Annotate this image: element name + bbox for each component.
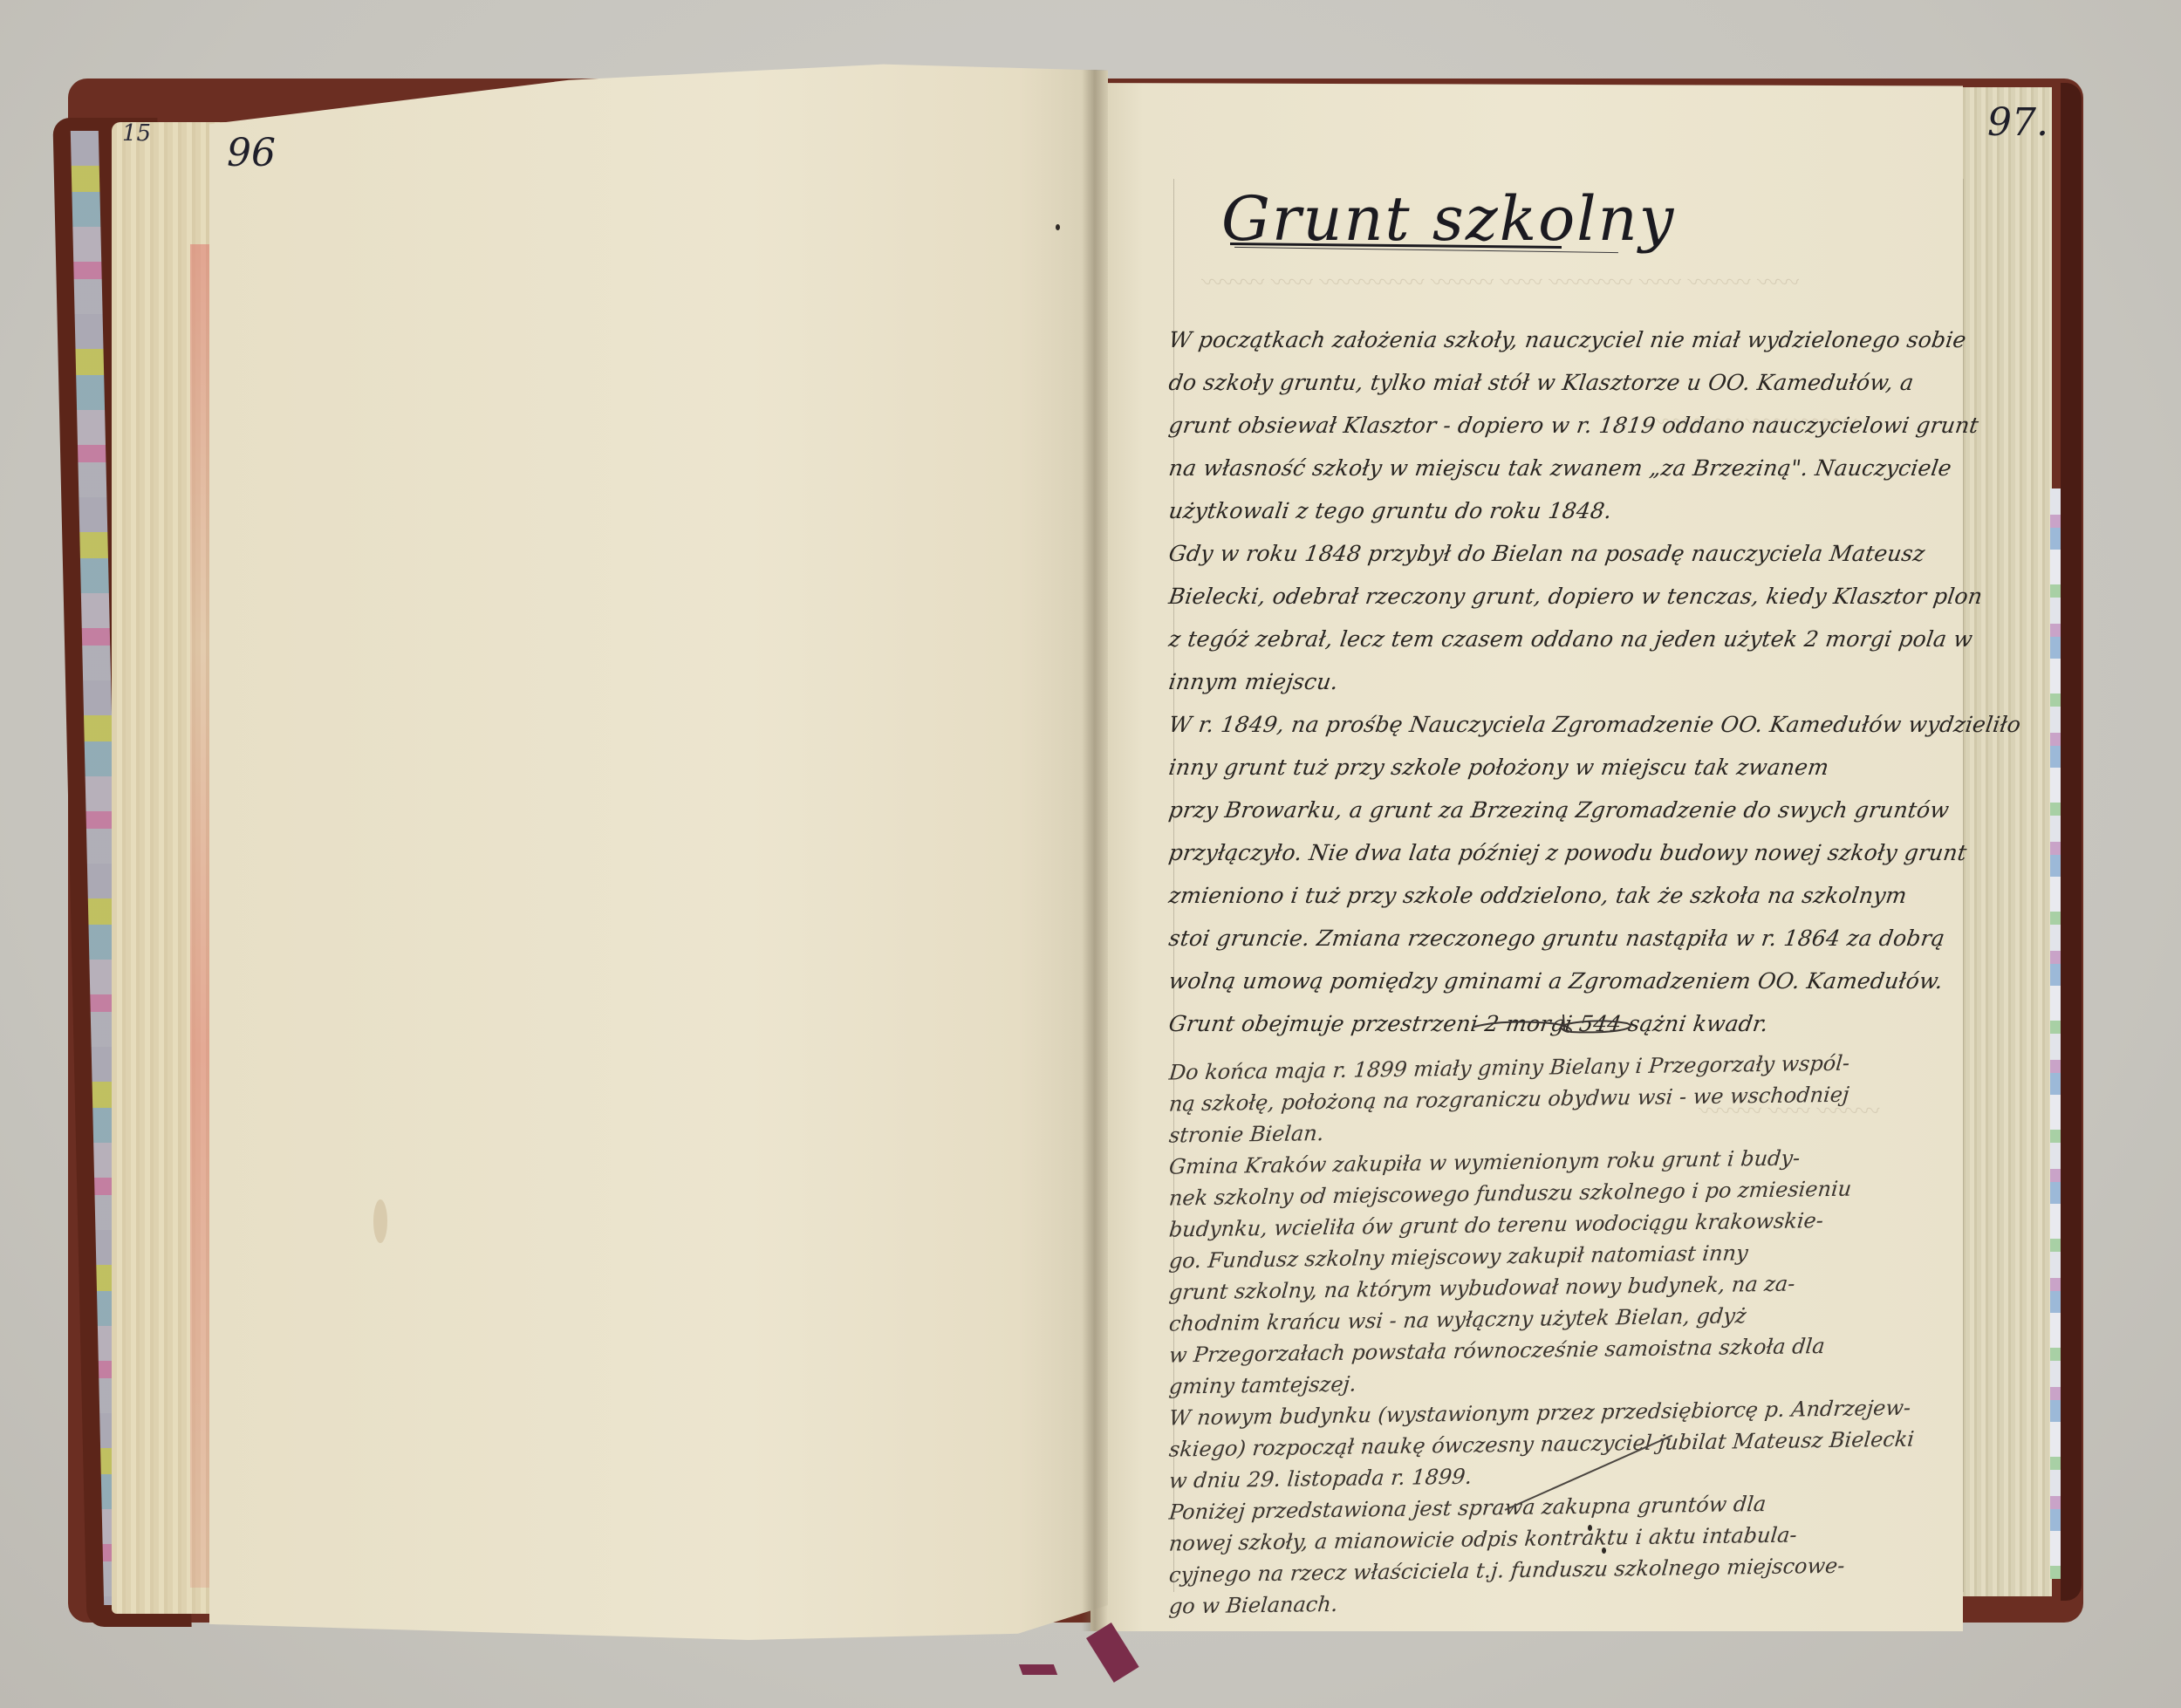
text-line: innym miejscu. [1166, 660, 1975, 703]
ink-dot [1588, 1525, 1592, 1531]
bookmark-ribbon[interactable] [1019, 1664, 1057, 1675]
text-line: przy Browarku, a grunt za Brzeziną Zgrom… [1166, 789, 1975, 831]
text-line: wolną umową pomiędzy gminami a Zgromadze… [1166, 960, 1975, 1002]
book-cover-right-edge [2061, 83, 2082, 1601]
text-line: użytkowali z tego gruntu do roku 1848. [1166, 489, 1975, 532]
text-line: Gdy w roku 1848 przybył do Bielan na pos… [1166, 532, 1975, 575]
text-line: do szkoły gruntu, tylko miał stół w Klas… [1166, 361, 1975, 404]
paper-stain [373, 1199, 387, 1243]
paragraph-1: W początkach założenia szkoły, nauczycie… [1169, 318, 1972, 1045]
paragraph-2: Do końca maja r. 1899 miały gminy Bielan… [1169, 1051, 1989, 1616]
text-line: przyłączyło. Nie dwa lata później z powo… [1166, 831, 1975, 874]
text-line: W początkach założenia szkoły, nauczycie… [1166, 318, 1975, 361]
ink-dot [1602, 1547, 1606, 1554]
text-line: grunt obsiewał Klasztor - dopiero w r. 1… [1166, 404, 1975, 447]
text-line: zmieniono i tuż przy szkole oddzielono, … [1166, 874, 1975, 917]
text-line: inny grunt tuż przy szkole położony w mi… [1166, 746, 1975, 789]
page-number-left: 96 [227, 131, 276, 175]
text-line: stoi gruncie. Zmiana rzeczonego gruntu n… [1166, 917, 1975, 960]
flourish-divider-icon [1466, 1008, 1640, 1042]
corner-mark: 15 [122, 120, 151, 147]
text-line: W r. 1849, na prośbę Nauczyciela Zgromad… [1166, 703, 1975, 746]
bleed-through-text: 〰〰 〰〰〰 〰〰 〰〰〰〰 〰〰 〰〰〰 〰〰〰〰〰 〰〰 〰〰〰 [1204, 262, 1802, 304]
text-line: z tegóż zebrał, lecz tem czasem oddano n… [1166, 618, 1975, 660]
text-line: na własność szkoły w miejscu tak zwanem … [1166, 447, 1975, 489]
book-gutter [1082, 70, 1108, 1631]
page-number-right: 97. [1987, 100, 2048, 145]
left-page [209, 61, 1108, 1640]
ink-speck [1056, 224, 1060, 230]
text-line: Bielecki, odebrał rzeczony grunt, dopier… [1166, 575, 1975, 618]
